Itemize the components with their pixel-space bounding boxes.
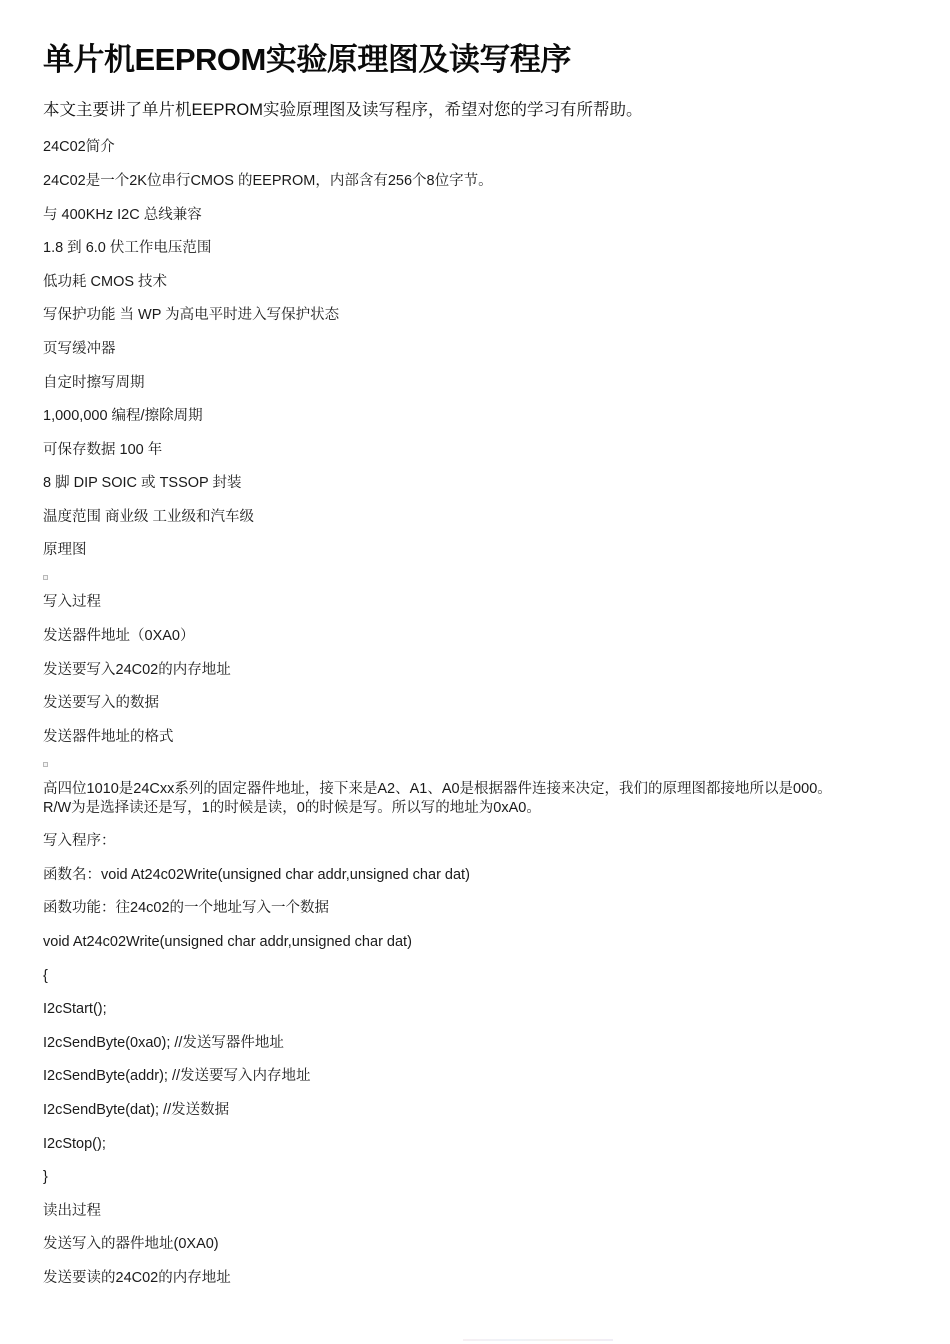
address-explanation-paragraph: 高四位1010是24Cxx系列的固定器件地址，接下来是A2、A1、A0是根据器件… — [43, 780, 923, 817]
code-line: I2cSendByte(0xa0); //发送写器件地址 — [43, 1033, 284, 1053]
feature-line: 温度范围 商业级 工业级和汽车级 — [43, 507, 254, 527]
function-description-line: 函数功能：往24c02的一个地址写入一个数据 — [43, 898, 329, 918]
write-step: 发送要写入24C02的内存地址 — [43, 660, 231, 680]
function-name-line: 函数名：void At24c02Write(unsigned char addr… — [43, 865, 470, 885]
read-step: 发送要读的24C02的内存地址 — [43, 1268, 231, 1288]
schematic-image-placeholder-icon — [43, 575, 48, 580]
code-line: } — [43, 1167, 48, 1187]
feature-line: 24C02是一个2K位串行CMOS 的EEPROM，内部含有256个8位字节。 — [43, 171, 493, 191]
address-explanation-line: R/W为是选择读还是写，1的时候是读，0的时候是写。所以写的地址为0xA0。 — [43, 799, 923, 818]
feature-line: 写保护功能 当 WP 为高电平时进入写保护状态 — [43, 305, 339, 325]
feature-line: 1.8 到 6.0 伏工作电压范围 — [43, 238, 211, 258]
intro-paragraph: 本文主要讲了单片机EEPROM实验原理图及读写程序，希望对您的学习有所帮助。 — [43, 98, 643, 122]
feature-line: 页写缓冲器 — [43, 339, 116, 359]
section-heading-write-process: 写入过程 — [43, 592, 101, 612]
code-line: { — [43, 966, 48, 986]
write-step: 发送要写入的数据 — [43, 693, 159, 713]
code-line: void At24c02Write(unsigned char addr,uns… — [43, 932, 412, 952]
section-heading-write-program: 写入程序： — [43, 831, 116, 851]
feature-line: 与 400KHz I2C 总线兼容 — [43, 205, 202, 225]
page-footer-mark — [463, 1339, 613, 1341]
address-format-image-placeholder-icon — [43, 762, 48, 767]
section-heading-read-process: 读出过程 — [43, 1201, 101, 1221]
address-explanation-line: 高四位1010是24Cxx系列的固定器件地址，接下来是A2、A1、A0是根据器件… — [43, 780, 923, 799]
document-page: 单片机EEPROM实验原理图及读写程序 本文主要讲了单片机EEPROM实验原理图… — [0, 0, 950, 1344]
read-step: 发送写入的器件地址(0XA0) — [43, 1234, 219, 1254]
feature-line: 8 脚 DIP SOIC 或 TSSOP 封装 — [43, 473, 241, 493]
code-line: I2cStart(); — [43, 999, 107, 1019]
write-step: 发送器件地址的格式 — [43, 727, 174, 747]
section-heading-schematic: 原理图 — [43, 540, 87, 560]
code-line: I2cSendByte(addr); //发送要写入内存地址 — [43, 1066, 311, 1086]
feature-line: 低功耗 CMOS 技术 — [43, 272, 167, 292]
write-step: 发送器件地址（0XA0） — [43, 626, 194, 646]
page-title: 单片机EEPROM实验原理图及读写程序 — [43, 38, 571, 82]
code-line: I2cStop(); — [43, 1134, 106, 1154]
section-heading-24c02-intro: 24C02简介 — [43, 137, 115, 157]
feature-line: 可保存数据 100 年 — [43, 440, 162, 460]
code-line: I2cSendByte(dat); //发送数据 — [43, 1100, 229, 1120]
feature-line: 1,000,000 编程/擦除周期 — [43, 406, 203, 426]
feature-line: 自定时擦写周期 — [43, 373, 145, 393]
